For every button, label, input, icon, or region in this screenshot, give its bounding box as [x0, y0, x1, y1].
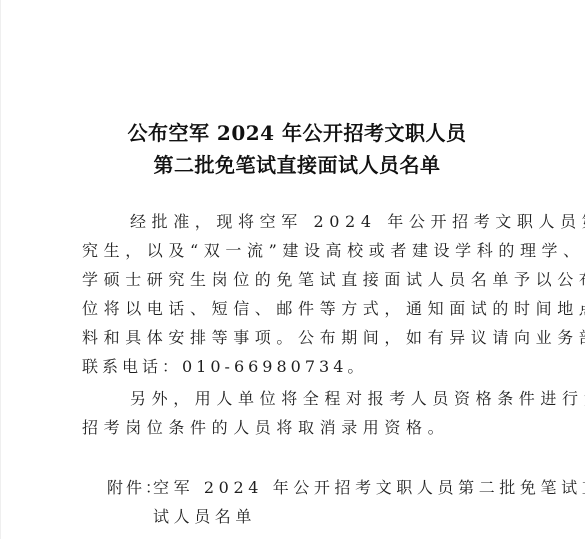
paragraph-line: 学硕士研究生岗位的免笔试直接面试人员名单予以公布。用人单: [82, 270, 514, 290]
paragraph-line: 招考岗位条件的人员将取消录用资格。: [82, 418, 514, 438]
document-page: 公布空军 2024 年公开招考文职人员 第二批免笔试直接面试人员名单 经批准，现…: [0, 0, 585, 539]
paragraph-line: 位将以电话、短信、邮件等方式，通知面试的时间地点、所需材: [82, 299, 514, 319]
paragraph-line: 另外，用人单位将全程对报考人员资格条件进行复核，不符合: [130, 389, 514, 409]
paragraph-line: 究生，以及“双一流”建设高校或者建设学科的理学、工学、医: [82, 241, 514, 261]
paragraph-line: 经批准，现将空军 2024 年公开招考文职人员第二批博士研: [130, 212, 514, 232]
paragraph-line: 料和具体安排等事项。公布期间，如有异议请向业务部门反映，: [82, 328, 514, 348]
document-title-line-2: 第二批免笔试直接面试人员名单: [1, 149, 585, 181]
attachment-link-line-1: 空军 2024 年公开招考文职人员第二批免笔试直接面: [153, 478, 505, 498]
attachment-link-line-2: 试人员名单: [153, 507, 505, 527]
document-title-line-1: 公布空军 2024 年公开招考文职人员: [1, 117, 585, 149]
contact-phone-line: 联系电话：010-66980734。: [82, 357, 514, 377]
